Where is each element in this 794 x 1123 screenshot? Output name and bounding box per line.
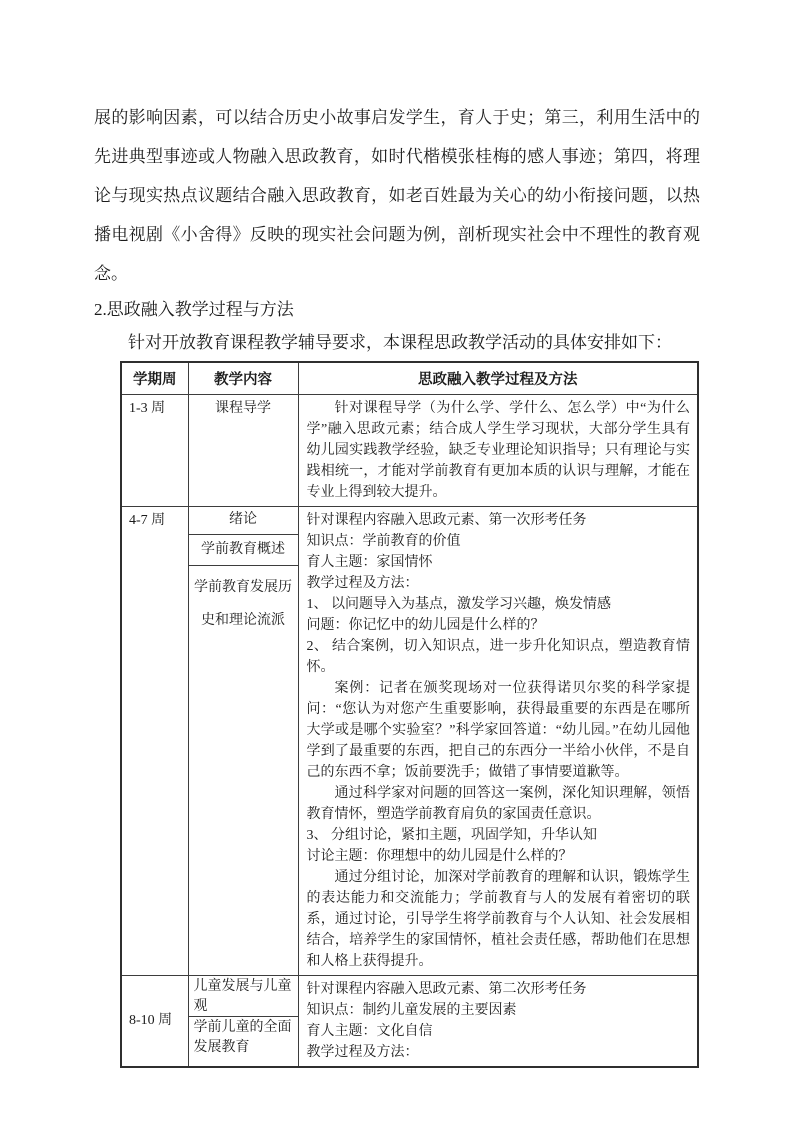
intro-sentence: 针对开放教育课程教学辅导要求，本课程思政教学活动的具体安排如下： xyxy=(94,327,700,359)
method-paragraph: 问题：你记忆中的幼儿园是什么样的？ xyxy=(307,615,691,636)
method-paragraph: 案例：记者在颁奖现场对一位获得诺贝尔奖的科学家提问：“您认为对您产生重要影响，获… xyxy=(307,678,691,783)
method-paragraph: 1、 以问题导入为基点，激发学习兴趣，焕发情感 xyxy=(307,594,691,615)
week-cell: 1-3 周 xyxy=(121,394,188,506)
week-cell: 8-10 周 xyxy=(121,975,188,1067)
week-cell: 4-7 周 xyxy=(121,506,188,975)
col-header-method: 思政融入教学过程及方法 xyxy=(298,362,698,394)
method-paragraph: 教学过程及方法： xyxy=(307,1042,691,1063)
method-paragraph: 通过科学家对问题的回答这一案例，深化知识理解，领悟教育情怀，塑造学前教育肩负的家… xyxy=(307,783,691,825)
schedule-table: 学期周 教学内容 思政融入教学过程及方法 1-3 周 课程导学 针对课程导学（为… xyxy=(120,361,699,1068)
content-item: 学前教育发展历史和理论流派 xyxy=(189,566,298,637)
table-row-weeks-1-3: 1-3 周 课程导学 针对课程导学（为什么学、学什么、怎么学）中“为什么学”融入… xyxy=(121,394,698,506)
method-paragraph: 2、 结合案例，切入知识点，进一步升化知识点，塑造教育情怀。 xyxy=(307,636,691,678)
method-cell: 针对课程内容融入思政元素、第一次形考任务 知识点：学前教育的价值 育人主题：家国… xyxy=(298,506,698,975)
col-header-content: 教学内容 xyxy=(188,362,298,394)
table-row-weeks-8-10: 8-10 周 儿童发展与儿童观 学前儿童的全面发展教育 针对课程内容融入思政元素… xyxy=(121,975,698,1067)
table-row-weeks-4-7: 4-7 周 绪论 学前教育概述 学前教育发展历史和理论流派 针对课程内容融入思政… xyxy=(121,506,698,975)
content-cell: 儿童发展与儿童观 学前儿童的全面发展教育 xyxy=(188,975,298,1067)
content-item: 学前教育概述 xyxy=(189,535,298,566)
section-heading: 2.思政融入教学过程与方法 xyxy=(94,293,700,327)
method-paragraph: 教学过程及方法： xyxy=(307,573,691,594)
method-paragraph: 知识点：学前教育的价值 xyxy=(307,531,691,552)
method-cell: 针对课程导学（为什么学、学什么、怎么学）中“为什么学”融入思政元素；结合成人学生… xyxy=(298,394,698,506)
content-cell: 绪论 学前教育概述 学前教育发展历史和理论流派 xyxy=(188,506,298,975)
method-paragraph: 知识点：制约儿童发展的主要因素 xyxy=(307,1000,691,1021)
content-item: 绪论 xyxy=(189,507,298,535)
method-paragraph: 3、 分组讨论，紧扣主题，巩固学知，升华认知 xyxy=(307,825,691,846)
document-page: 展的影响因素，可以结合历史小故事启发学生，育人于史；第三，利用生活中的先进典型事… xyxy=(0,0,794,1123)
content-item: 学前儿童的全面发展教育 xyxy=(189,1017,298,1058)
paragraph-continuation: 展的影响因素，可以结合历史小故事启发学生，育人于史；第三，利用生活中的先进典型事… xyxy=(94,98,700,293)
content-item: 儿童发展与儿童观 xyxy=(189,976,298,1017)
method-paragraph: 针对课程导学（为什么学、学什么、怎么学）中“为什么学”融入思政元素；结合成人学生… xyxy=(307,398,691,503)
method-paragraph: 育人主题：文化自信 xyxy=(307,1021,691,1042)
method-cell: 针对课程内容融入思政元素、第二次形考任务 知识点：制约儿童发展的主要因素 育人主… xyxy=(298,975,698,1067)
method-paragraph: 讨论主题：你理想中的幼儿园是什么样的？ xyxy=(307,846,691,867)
method-paragraph: 育人主题：家国情怀 xyxy=(307,552,691,573)
content-item: 课程导学 xyxy=(189,395,298,423)
content-cell: 课程导学 xyxy=(188,394,298,506)
method-paragraph: 通过分组讨论，加深对学前教育的理解和认识，锻炼学生的表达能力和交流能力；学前教育… xyxy=(307,867,691,972)
method-paragraph: 针对课程内容融入思政元素、第二次形考任务 xyxy=(307,979,691,1000)
col-header-week: 学期周 xyxy=(121,362,188,394)
method-paragraph: 针对课程内容融入思政元素、第一次形考任务 xyxy=(307,510,691,531)
table-header-row: 学期周 教学内容 思政融入教学过程及方法 xyxy=(121,362,698,394)
